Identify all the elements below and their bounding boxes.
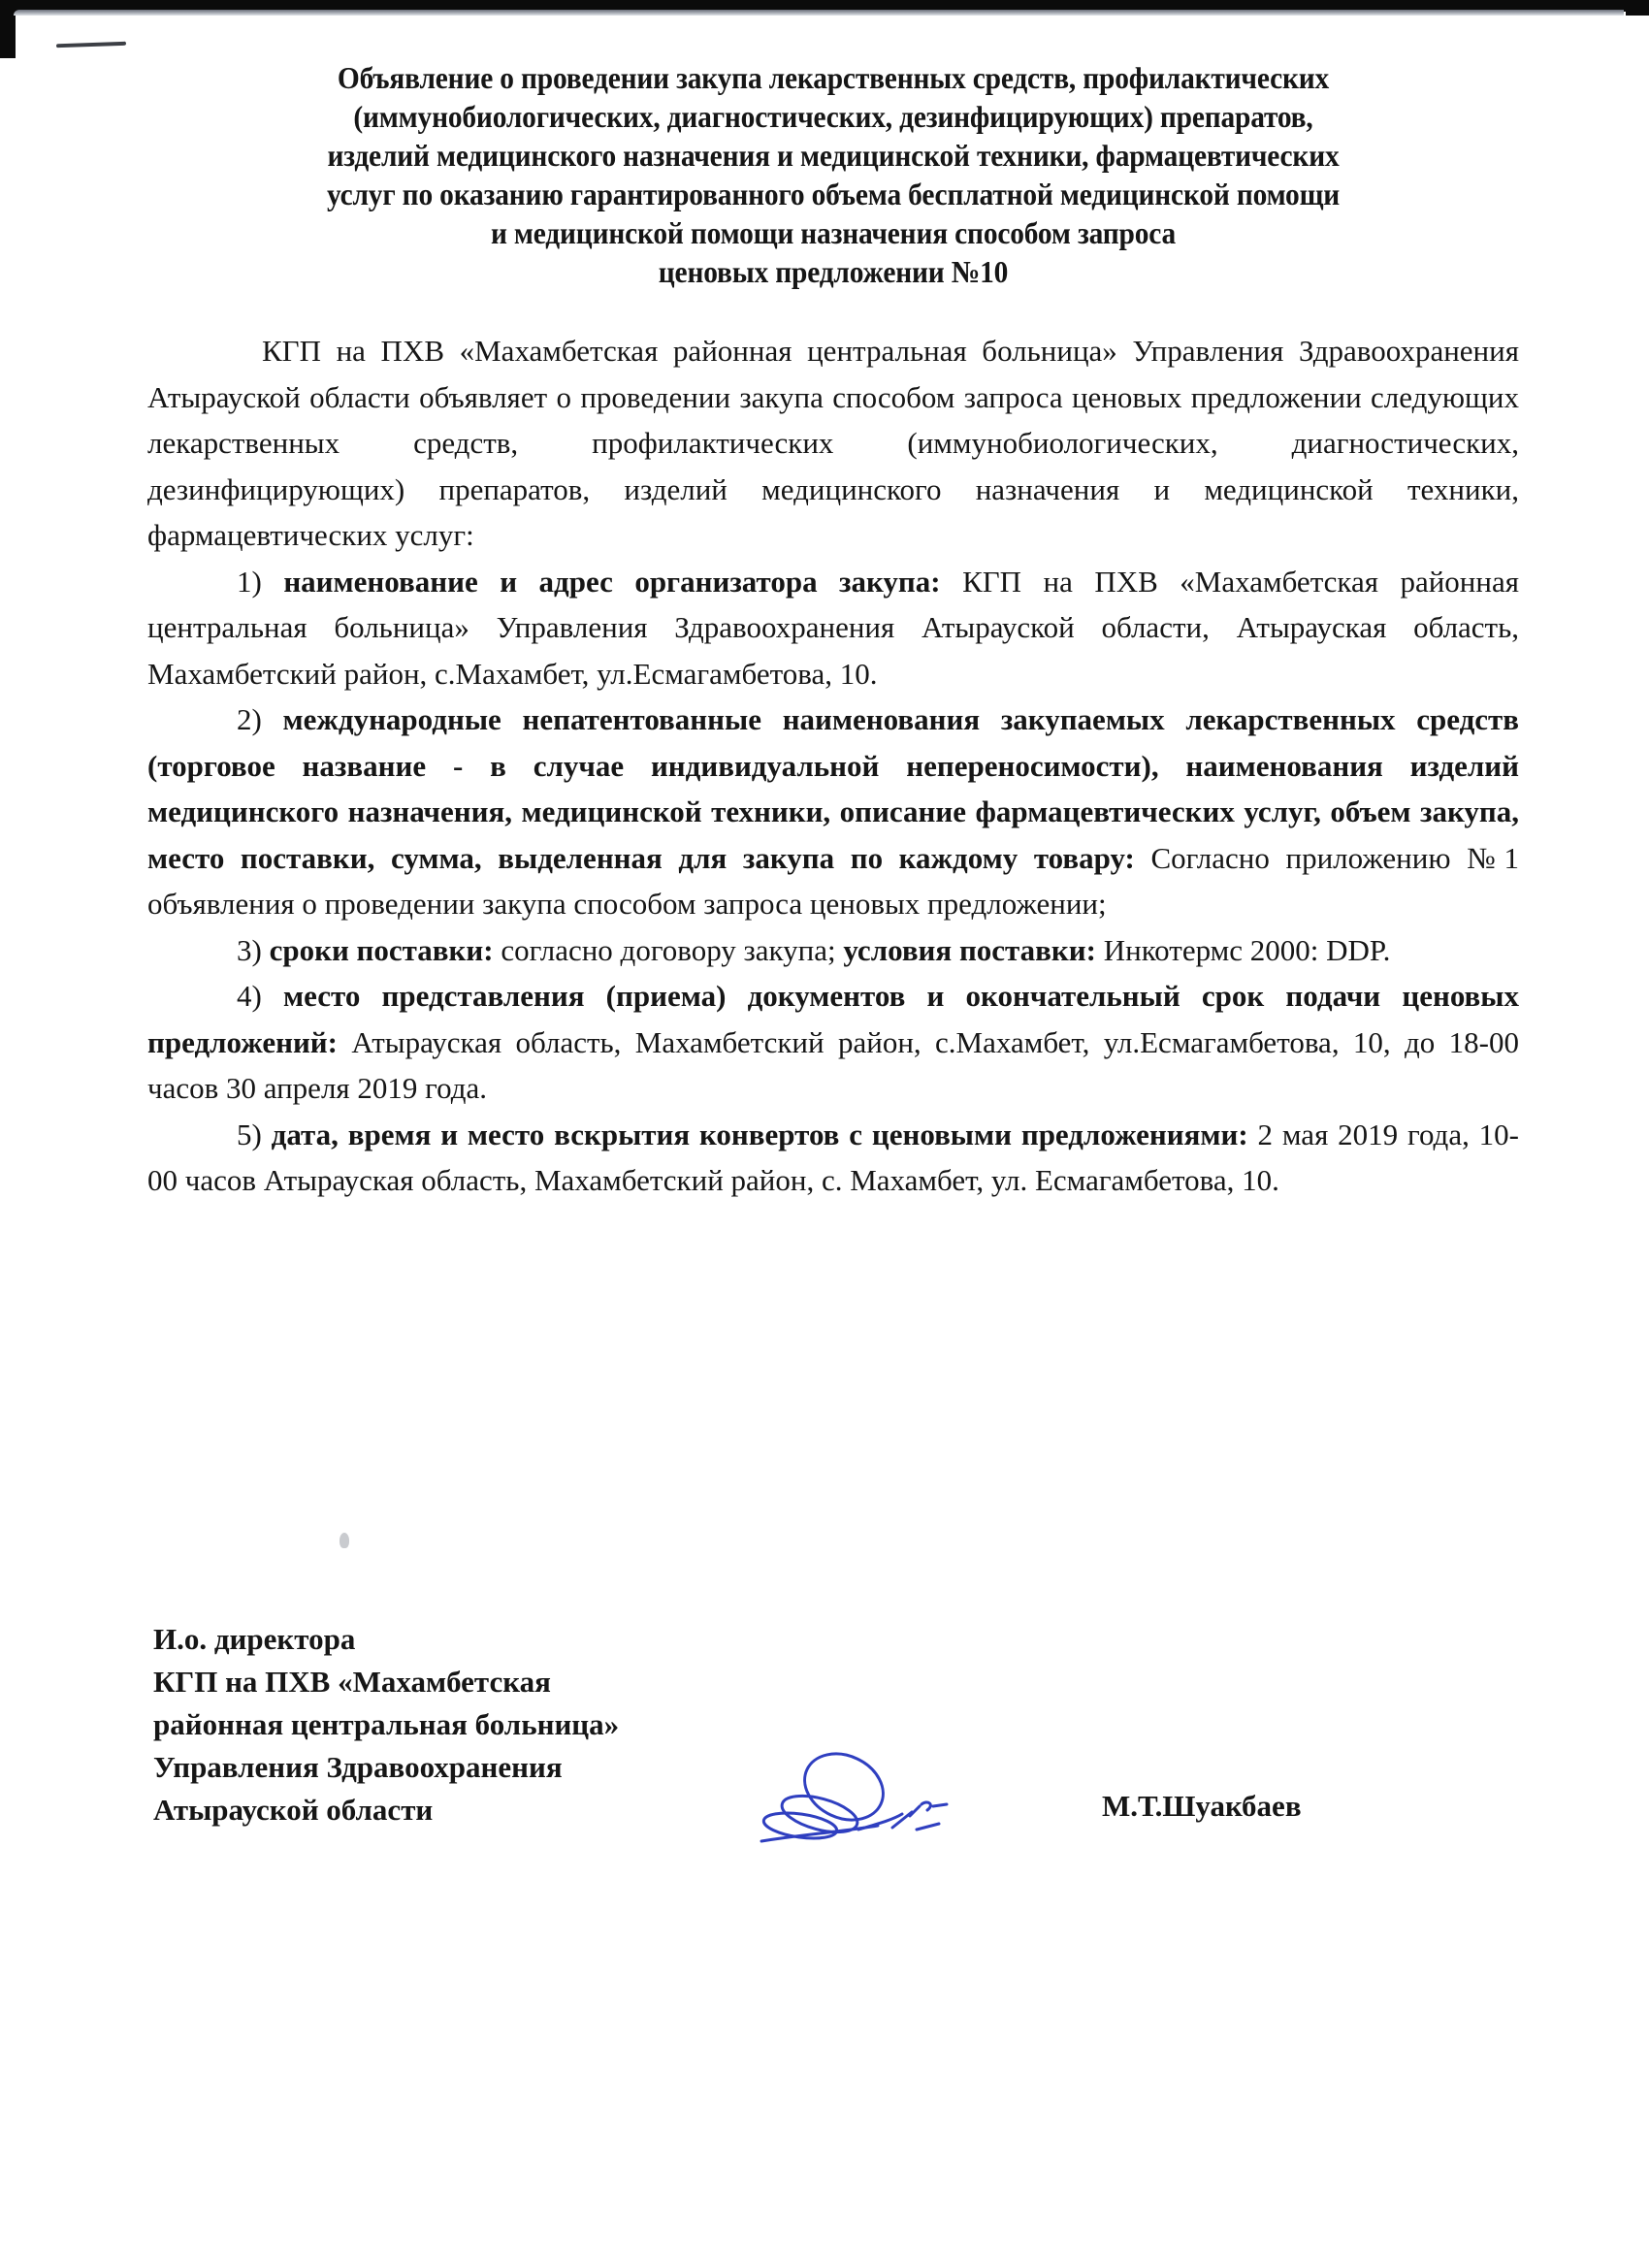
title-line: ценовых предложении №10 xyxy=(203,252,1465,291)
title-line: Объявление о проведении закупа лекарстве… xyxy=(203,58,1465,97)
item-heading-secondary: условия поставки: xyxy=(843,933,1096,967)
list-item-3: 3) сроки поставки: согласно договору зак… xyxy=(147,927,1519,974)
list-item-1: 1) наименование и адрес организатора зак… xyxy=(147,559,1519,697)
scan-border-right xyxy=(1626,0,1649,16)
signatory-title: И.о. директора xyxy=(153,1618,619,1661)
signature-block: И.о. директора КГП на ПХВ «Махамбетская … xyxy=(153,1618,619,1831)
list-item-2: 2) международные непатентованные наимено… xyxy=(147,697,1519,927)
item-number: 4) xyxy=(237,979,262,1013)
scan-page-edge xyxy=(14,10,1624,16)
handwritten-signature-icon xyxy=(757,1746,999,1853)
document-body: КГП на ПХВ «Махамбетская районная центра… xyxy=(147,328,1519,1204)
item-heading: дата, время и место вскрытия конвертов с… xyxy=(272,1118,1248,1151)
list-item-4: 4) место представления (приема) документ… xyxy=(147,973,1519,1112)
item-heading: наименование и адрес организатора закупа… xyxy=(283,565,940,599)
title-line: услуг по оказанию гарантированного объем… xyxy=(203,175,1465,213)
item-text: Атырауская область, Махамбетский район, … xyxy=(147,1025,1519,1106)
signatory-org-line: районная центральная больница» xyxy=(153,1703,619,1746)
scan-smudge xyxy=(339,1533,349,1548)
signatory-org-line: Управления Здравоохранения xyxy=(153,1746,619,1789)
item-number: 2) xyxy=(237,702,262,736)
item-number: 5) xyxy=(237,1118,262,1151)
intro-paragraph: КГП на ПХВ «Махамбетская районная центра… xyxy=(147,328,1519,559)
item-text-secondary: Инкотермс 2000: DDP. xyxy=(1096,933,1390,967)
item-heading: сроки поставки: xyxy=(270,933,494,967)
item-number: 1) xyxy=(237,565,262,599)
document-title: Объявление о проведении закупа лекарстве… xyxy=(203,58,1465,291)
item-text: согласно договору закупа; xyxy=(494,933,844,967)
scan-border-left xyxy=(0,0,16,58)
signatory-org-line: КГП на ПХВ «Махамбетская xyxy=(153,1661,619,1703)
list-item-5: 5) дата, время и место вскрытия конверто… xyxy=(147,1112,1519,1204)
pen-mark xyxy=(56,42,126,49)
title-line: и медицинской помощи назначения способом… xyxy=(203,213,1465,252)
document-page: Объявление о проведении закупа лекарстве… xyxy=(147,58,1519,1204)
signatory-org-line: Атырауской области xyxy=(153,1789,619,1831)
item-number: 3) xyxy=(237,933,262,967)
title-line: изделий медицинского назначения и медици… xyxy=(203,136,1465,175)
title-line: (иммунобиологических, диагностических, д… xyxy=(203,97,1465,136)
signer-name: М.Т.Шуакбаев xyxy=(1102,1789,1302,1824)
